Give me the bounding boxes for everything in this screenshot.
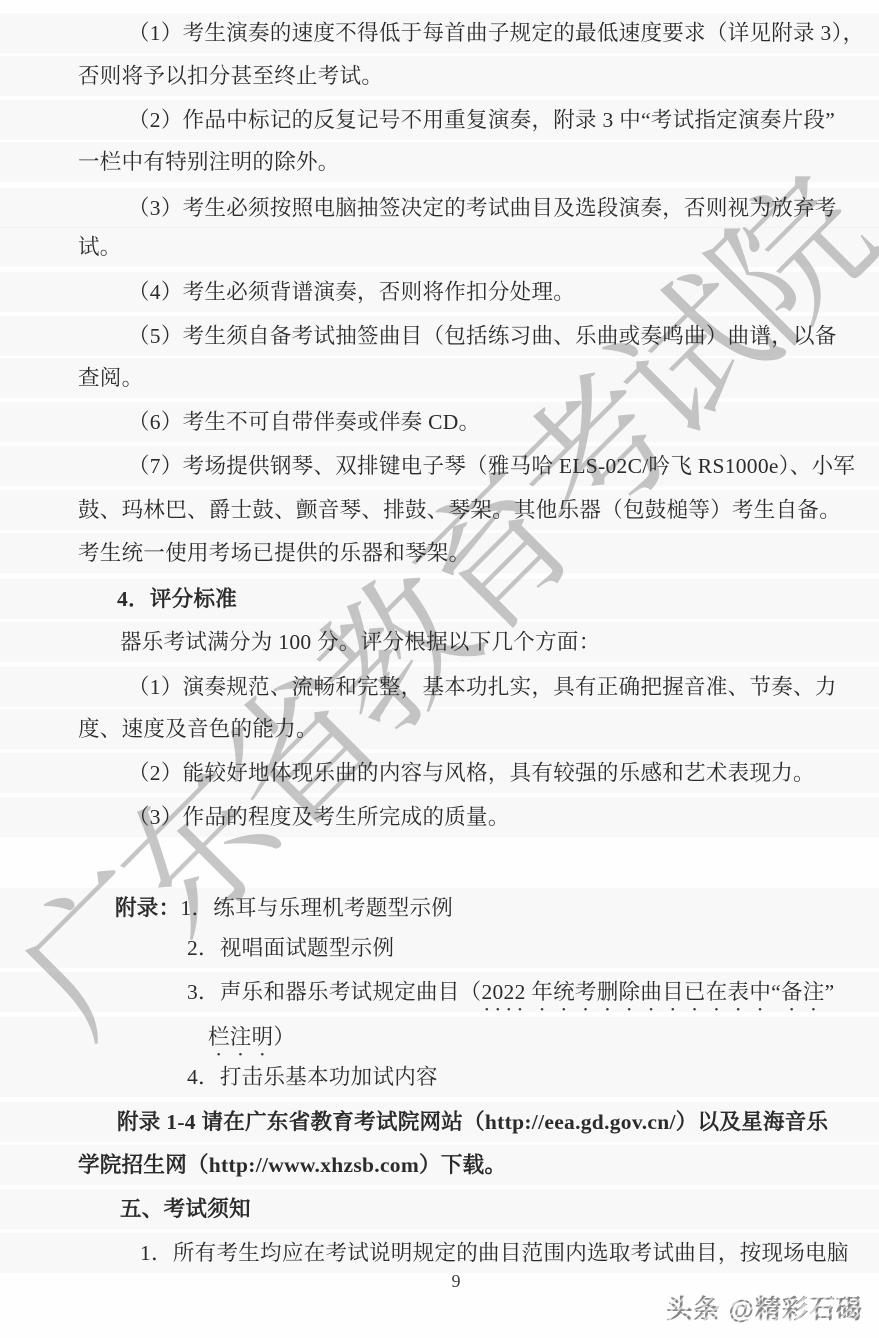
text-segment: （5）考生须自备考试抽签曲目（包括练习曲、乐曲或奏鸣曲）曲谱，以备 bbox=[128, 324, 837, 348]
text-segment: 度、速度及音色的能力。 bbox=[78, 717, 318, 741]
text-segment: （1）考生演奏的速度不得低于每首曲子规定的最低速度要求（详见附录 3）， bbox=[128, 21, 864, 45]
text-line: 查阅。 bbox=[78, 361, 143, 395]
text-segment: 2．视唱面试题型示例 bbox=[187, 936, 394, 960]
scan-band bbox=[0, 928, 879, 968]
scan-band bbox=[0, 1017, 879, 1057]
text-line: （6）考生不可自带伴奏或伴奏 CD。 bbox=[128, 405, 480, 439]
text-segment: 4．评分标准 bbox=[117, 587, 237, 611]
scan-band bbox=[0, 227, 879, 267]
text-line: 五、考试须知 bbox=[120, 1192, 251, 1226]
text-segment: 考生统一使用考场已提供的乐器和琴架。 bbox=[78, 541, 470, 565]
text-line: （4）考生必须背谱演奏，否则将作扣分处理。 bbox=[128, 275, 575, 309]
text-line: （3）考生必须按照电脑抽签决定的考试曲目及选段演奏，否则视为放弃考 bbox=[128, 191, 837, 225]
text-segment: （2）能较好地体现乐曲的内容与风格，具有较强的乐感和艺术表现力。 bbox=[128, 761, 815, 785]
text-line: 否则将予以扣分甚至终止考试。 bbox=[78, 59, 383, 93]
text-segment: 查阅。 bbox=[78, 366, 143, 390]
text-line: 附录 1-4 请在广东省教育考试院网站（http://eea.gd.gov.cn… bbox=[117, 1105, 828, 1139]
text-line: 一栏中有特别注明的除外。 bbox=[78, 145, 340, 179]
text-segment: （3）考生必须按照电脑抽签决定的考试曲目及选段演奏，否则视为放弃考 bbox=[128, 196, 837, 220]
text-line: （7）考场提供钢琴、双排键电子琴（雅马哈 ELS-02C/吟飞 RS1000e）… bbox=[128, 449, 855, 483]
text-segment: （7）考场提供钢琴、双排键电子琴（雅马哈 ELS-02C/吟飞 RS1000e）… bbox=[128, 454, 855, 478]
text-line: （1）考生演奏的速度不得低于每首曲子规定的最低速度要求（详见附录 3）， bbox=[128, 16, 864, 50]
text-segment: 附录： bbox=[115, 896, 180, 920]
text-segment: （2）作品中标记的反复记号不用重复演奏，附录 3 中“考试指定演奏片段” bbox=[128, 108, 835, 132]
text-line: 鼓、玛林巴、爵士鼓、颤音琴、排鼓、琴架。其他乐器（包鼓槌等）考生自备。 bbox=[78, 493, 841, 527]
text-segment: （6）考生不可自带伴奏或伴奏 CD。 bbox=[128, 410, 480, 434]
text-line: （2）作品中标记的反复记号不用重复演奏，附录 3 中“考试指定演奏片段” bbox=[128, 103, 835, 137]
text-segment: 1．练耳与乐理机考题型示例 bbox=[180, 896, 453, 920]
text-segment: （3）作品的程度及考生所完成的质量。 bbox=[128, 805, 510, 829]
text-line: 学院招生网（http://www.xhzsb.com）下载。 bbox=[78, 1148, 506, 1182]
text-line: （2）能较好地体现乐曲的内容与风格，具有较强的乐感和艺术表现力。 bbox=[128, 756, 815, 790]
text-line: 4．打击乐基本功加试内容 bbox=[187, 1060, 438, 1094]
text-line: 器乐考试满分为 100 分。评分根据以下几个方面： bbox=[120, 625, 601, 659]
document-page: 广东省教育考试院 （1）考生演奏的速度不得低于每首曲子规定的最低速度要求（详见附… bbox=[0, 0, 879, 1338]
emphasized-text: 2022 年统考删除曲目已在表中“备注” bbox=[481, 980, 834, 1004]
text-segment: 3．声乐和器乐考试规定曲目（ bbox=[187, 980, 481, 1004]
text-line: （3）作品的程度及考生所完成的质量。 bbox=[128, 800, 510, 834]
text-line: 栏注明） bbox=[208, 1020, 295, 1061]
text-segment: 4．打击乐基本功加试内容 bbox=[187, 1065, 438, 1089]
text-line: 附录：1．练耳与乐理机考题型示例 bbox=[115, 891, 453, 925]
text-line: 1．所有考生均应在考试说明规定的曲目范围内选取考试曲目，按现场电脑 bbox=[140, 1236, 849, 1270]
text-line: 2．视唱面试题型示例 bbox=[187, 931, 394, 965]
text-segment: 附录 1-4 请在广东省教育考试院网站（http://eea.gd.gov.cn… bbox=[117, 1110, 828, 1134]
text-segment: 1．所有考生均应在考试说明规定的曲目范围内选取考试曲目，按现场电脑 bbox=[140, 1241, 849, 1265]
scan-band bbox=[0, 1057, 879, 1097]
text-segment: 一栏中有特别注明的除外。 bbox=[78, 150, 340, 174]
text-line: 度、速度及音色的能力。 bbox=[78, 712, 318, 746]
credit-watermark: 头条 @精彩石碣 bbox=[666, 1289, 863, 1326]
text-line: （5）考生须自备考试抽签曲目（包括练习曲、乐曲或奏鸣曲）曲谱，以备 bbox=[128, 319, 837, 353]
text-line: 3．声乐和器乐考试规定曲目（2022 年统考删除曲目已在表中“备注” bbox=[187, 975, 834, 1016]
text-line: 考生统一使用考场已提供的乐器和琴架。 bbox=[78, 536, 470, 570]
emphasized-text: 栏注明） bbox=[208, 1025, 295, 1049]
text-segment: 鼓、玛林巴、爵士鼓、颤音琴、排鼓、琴架。其他乐器（包鼓槌等）考生自备。 bbox=[78, 498, 841, 522]
text-segment: （1）演奏规范、流畅和完整，基本功扎实，具有正确把握音准、节奏、力 bbox=[128, 675, 837, 699]
text-line: （1）演奏规范、流畅和完整，基本功扎实，具有正确把握音准、节奏、力 bbox=[128, 670, 837, 704]
text-line: 试。 bbox=[78, 230, 122, 264]
text-segment: 五、考试须知 bbox=[120, 1197, 251, 1221]
text-segment: 试。 bbox=[78, 235, 122, 259]
text-segment: 学院招生网（http://www.xhzsb.com）下载。 bbox=[78, 1153, 506, 1177]
text-segment: 器乐考试满分为 100 分。评分根据以下几个方面： bbox=[120, 630, 601, 654]
text-line: 4．评分标准 bbox=[117, 582, 237, 616]
text-segment: 否则将予以扣分甚至终止考试。 bbox=[78, 64, 383, 88]
text-segment: （4）考生必须背谱演奏，否则将作扣分处理。 bbox=[128, 280, 575, 304]
